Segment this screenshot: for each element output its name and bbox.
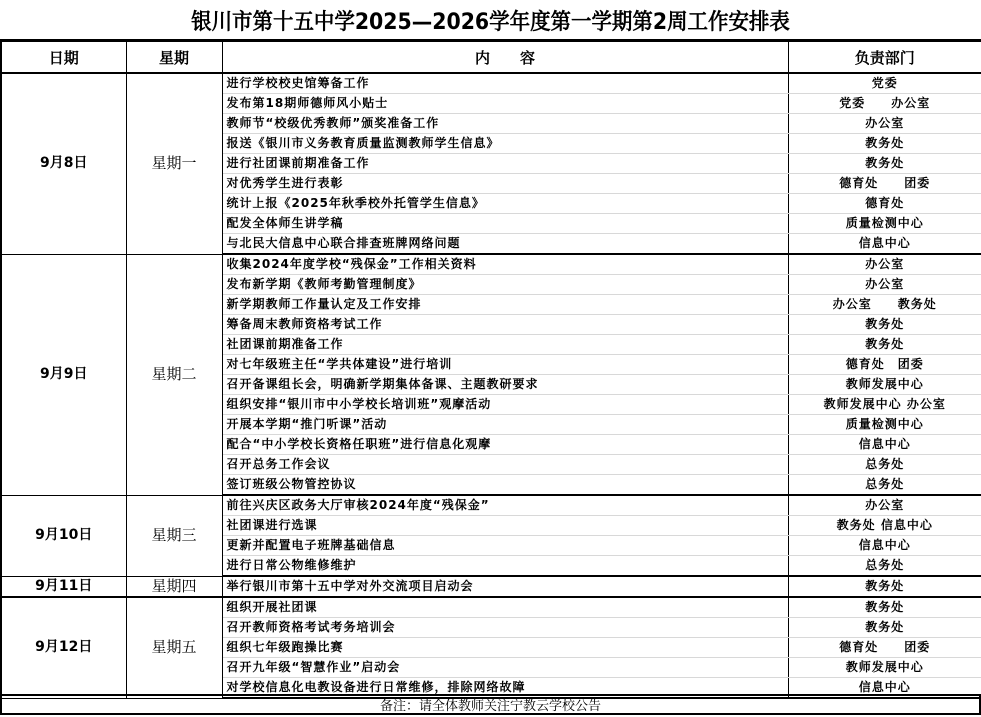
dept-cell: 教务处	[788, 315, 981, 335]
dept-cell: 教师发展中心	[788, 658, 981, 678]
content-cell: 签订班级公物管控协议	[222, 475, 788, 496]
content-cell: 进行学校校史馆筹备工作	[222, 73, 788, 94]
content-cell: 组织开展社团课	[222, 597, 788, 618]
dept-cell: 教务处	[788, 576, 981, 597]
dept-cell: 党委 办公室	[788, 94, 981, 114]
content-cell: 统计上报《2025年秋季校外托管学生信息》	[222, 194, 788, 214]
content-cell: 配合“中小学校长资格任职班”进行信息化观摩	[222, 435, 788, 455]
content-cell: 配发全体师生讲学稿	[222, 214, 788, 234]
header-weekday: 星期	[126, 41, 222, 74]
content-cell: 与北民大信息中心联合排查班牌网络问题	[222, 234, 788, 255]
table-row: 9月9日星期二收集2024年度学校“残保金”工作相关资料办公室	[1, 254, 981, 275]
weekday-cell: 星期四	[126, 576, 222, 597]
content-cell: 筹备周末教师资格考试工作	[222, 315, 788, 335]
dept-cell: 教务处 信息中心	[788, 516, 981, 536]
content-cell: 对优秀学生进行表彰	[222, 174, 788, 194]
weekday-cell: 星期三	[126, 495, 222, 576]
dept-cell: 教务处	[788, 597, 981, 618]
dept-cell: 办公室	[788, 254, 981, 275]
content-cell: 开展本学期“推门听课”活动	[222, 415, 788, 435]
content-cell: 对七年级班主任“学共体建设”进行培训	[222, 355, 788, 375]
weekday-cell: 星期二	[126, 254, 222, 495]
dept-cell: 总务处	[788, 475, 981, 496]
date-cell: 9月9日	[1, 254, 126, 495]
dept-cell: 教师发展中心 办公室	[788, 395, 981, 415]
schedule-body: 9月8日星期一进行学校校史馆筹备工作党委发布第18期师德师风小贴士党委 办公室教…	[1, 73, 981, 698]
dept-cell: 德育处 团委	[788, 638, 981, 658]
dept-cell: 教师发展中心	[788, 375, 981, 395]
date-cell: 9月10日	[1, 495, 126, 576]
dept-cell: 办公室	[788, 495, 981, 516]
dept-cell: 办公室 教务处	[788, 295, 981, 315]
content-cell: 召开教师资格考试考务培训会	[222, 618, 788, 638]
dept-cell: 德育处 团委	[788, 355, 981, 375]
content-cell: 收集2024年度学校“残保金”工作相关资料	[222, 254, 788, 275]
content-cell: 发布新学期《教师考勤管理制度》	[222, 275, 788, 295]
dept-cell: 党委	[788, 73, 981, 94]
header-row: 日期 星期 内 容 负责部门	[1, 41, 981, 74]
weekday-cell: 星期五	[126, 597, 222, 698]
footer-note: 备注：请全体教师关注宁教云学校公告	[0, 694, 981, 715]
content-cell: 社团课进行选课	[222, 516, 788, 536]
content-cell: 进行日常公物维修维护	[222, 556, 788, 577]
table-row: 9月10日星期三前往兴庆区政务大厅审核2024年度“残保金”办公室	[1, 495, 981, 516]
dept-cell: 总务处	[788, 556, 981, 577]
content-cell: 举行银川市第十五中学对外交流项目启动会	[222, 576, 788, 597]
dept-cell: 德育处 团委	[788, 174, 981, 194]
schedule-table: 日期 星期 内 容 负责部门 9月8日星期一进行学校校史馆筹备工作党委发布第18…	[0, 39, 981, 699]
content-cell: 召开备课组长会，明确新学期集体备课、主题教研要求	[222, 375, 788, 395]
header-content: 内 容	[222, 41, 788, 74]
content-cell: 召开总务工作会议	[222, 455, 788, 475]
content-cell: 新学期教师工作量认定及工作安排	[222, 295, 788, 315]
content-cell: 教师节“校级优秀教师”颁奖准备工作	[222, 114, 788, 134]
dept-cell: 德育处	[788, 194, 981, 214]
dept-cell: 信息中心	[788, 435, 981, 455]
weekday-cell: 星期一	[126, 73, 222, 254]
dept-cell: 信息中心	[788, 234, 981, 255]
header-date: 日期	[1, 41, 126, 74]
dept-cell: 教务处	[788, 618, 981, 638]
table-row: 9月12日星期五组织开展社团课教务处	[1, 597, 981, 618]
header-dept: 负责部门	[788, 41, 981, 74]
content-cell: 进行社团课前期准备工作	[222, 154, 788, 174]
table-row: 9月8日星期一进行学校校史馆筹备工作党委	[1, 73, 981, 94]
dept-cell: 办公室	[788, 114, 981, 134]
dept-cell: 质量检测中心	[788, 415, 981, 435]
dept-cell: 信息中心	[788, 536, 981, 556]
content-cell: 社团课前期准备工作	[222, 335, 788, 355]
dept-cell: 总务处	[788, 455, 981, 475]
content-cell: 发布第18期师德师风小贴士	[222, 94, 788, 114]
content-cell: 报送《银川市义务教育质量监测教师学生信息》	[222, 134, 788, 154]
dept-cell: 教务处	[788, 335, 981, 355]
content-cell: 前往兴庆区政务大厅审核2024年度“残保金”	[222, 495, 788, 516]
sheet-title: 银川市第十五中学2025—2026学年度第一学期第2周工作安排表	[34, 0, 946, 40]
dept-cell: 办公室	[788, 275, 981, 295]
date-cell: 9月11日	[1, 576, 126, 597]
table-row: 9月11日星期四举行银川市第十五中学对外交流项目启动会教务处	[1, 576, 981, 597]
content-cell: 召开九年级“智慧作业”启动会	[222, 658, 788, 678]
dept-cell: 教务处	[788, 134, 981, 154]
content-cell: 组织安排“银川市中小学校长培训班”观摩活动	[222, 395, 788, 415]
date-cell: 9月8日	[1, 73, 126, 254]
content-cell: 组织七年级跑操比赛	[222, 638, 788, 658]
dept-cell: 教务处	[788, 154, 981, 174]
content-cell: 更新并配置电子班牌基础信息	[222, 536, 788, 556]
date-cell: 9月12日	[1, 597, 126, 698]
schedule-sheet: 银川市第十五中学2025—2026学年度第一学期第2周工作安排表 日期 星期 内…	[0, 0, 981, 717]
dept-cell: 质量检测中心	[788, 214, 981, 234]
